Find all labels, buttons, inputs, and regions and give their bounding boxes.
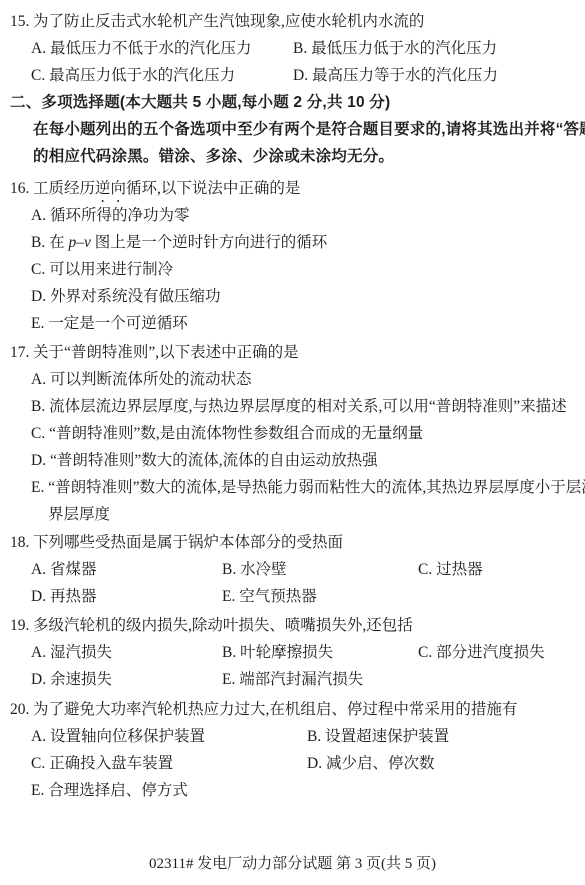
section-2-instruction-line-1: 在每小题列出的五个备选项中至少有两个是符合题目要求的,请将其选出并将“答题纸”	[0, 116, 585, 143]
option-16-b-post: 图上是一个逆时针方向进行的循环	[91, 234, 327, 251]
question-16-number: 16.	[10, 175, 33, 202]
question-18-number: 18.	[10, 529, 33, 556]
question-18-stem-line: 18.下列哪些受热面是属于锅炉本体部分的受热面	[0, 529, 585, 556]
option-20-a: A. 设置轴向位移保护装置	[31, 723, 307, 750]
question-19-options-row-1: A. 湿汽损失 B. 叶轮摩擦损失 C. 部分进汽度损失	[0, 639, 585, 666]
option-19-d: D. 余速损失	[31, 666, 222, 693]
option-16-b-pre: B. 在	[31, 234, 68, 251]
section-2-instruction-line-2: 的相应代码涂黑。错涂、多涂、少涂或未涂均无分。	[0, 143, 585, 170]
question-19-stem: 多级汽轮机的级内损失,除动叶损失、喷嘴损失外,还包括	[33, 617, 413, 634]
question-20-options-row-2: C. 正确投入盘车装置 D. 减少启、停次数	[0, 750, 585, 777]
option-17-e-continuation: 界层厚度	[0, 501, 585, 528]
question-16-stem-post: 循环,以下说法中正确的是	[126, 180, 300, 197]
question-16-stem-pre: 工质经历	[33, 180, 95, 197]
option-16-e: E. 一定是一个可逆循环	[0, 310, 585, 337]
question-16-stem-line: 16.工质经历逆向循环,以下说法中正确的是	[0, 175, 585, 202]
option-19-c: C. 部分进汽度损失	[418, 639, 545, 666]
question-19-options-row-2: D. 余速损失 E. 端部汽封漏汽损失	[0, 666, 585, 693]
option-16-d: D. 外界对系统没有做压缩功	[0, 283, 585, 310]
option-20-d: D. 减少启、停次数	[307, 750, 434, 777]
question-18-options-row-2: D. 再热器 E. 空气预热器	[0, 583, 585, 610]
option-16-b: B. 在 p–v 图上是一个逆时针方向进行的循环	[0, 229, 585, 256]
question-15-stem: 为了防止反击式水轮机产生汽蚀现象,应使水轮机内水流的	[33, 13, 424, 30]
option-19-b: B. 叶轮摩擦损失	[222, 639, 418, 666]
option-18-a: A. 省煤器	[31, 556, 222, 583]
option-17-b: B. 流体层流边界层厚度,与热边界层厚度的相对关系,可以用“普朗特准则”来描述	[0, 393, 585, 420]
option-18-c: C. 过热器	[418, 556, 483, 583]
option-19-e: E. 端部汽封漏汽损失	[222, 666, 418, 693]
page-footer: 02311# 发电厂动力部分试题 第 3 页(共 5 页)	[0, 851, 585, 878]
option-20-b: B. 设置超速保护装置	[307, 723, 449, 750]
option-18-b: B. 水冷壁	[222, 556, 418, 583]
option-18-e: E. 空气预热器	[222, 583, 418, 610]
question-15-stem-line: 15.为了防止反击式水轮机产生汽蚀现象,应使水轮机内水流的	[0, 8, 585, 35]
option-17-a: A. 可以判断流体所处的流动状态	[0, 366, 585, 393]
option-15-c: C. 最高压力低于水的汽化压力	[31, 62, 293, 89]
option-18-d: D. 再热器	[31, 583, 222, 610]
section-2-title: 二、多项选择题(本大题共 5 小题,每小题 2 分,共 10 分)	[0, 89, 585, 116]
option-17-d: D. “普朗特准则”数大的流体,流体的自由运动放热强	[0, 447, 585, 474]
question-20-stem-line: 20.为了避免大功率汽轮机热应力过大,在机组启、停过程中常采用的措施有	[0, 696, 585, 723]
question-17-number: 17.	[10, 339, 33, 366]
question-17-stem: 关于“普朗特准则”,以下表述中正确的是	[33, 344, 299, 361]
question-20-options-row-3: E. 合理选择启、停方式	[0, 777, 585, 804]
option-15-d: D. 最高压力等于水的汽化压力	[293, 62, 498, 89]
question-19-number: 19.	[10, 612, 33, 639]
question-19-stem-line: 19.多级汽轮机的级内损失,除动叶损失、喷嘴损失外,还包括	[0, 612, 585, 639]
question-17-stem-line: 17.关于“普朗特准则”,以下表述中正确的是	[0, 339, 585, 366]
option-17-e: E. “普朗特准则”数大的流体,是导热能力弱而粘性大的流体,其热边界层厚度小于层…	[0, 474, 585, 501]
option-17-c: C. “普朗特准则”数,是由流体物性参数组合而成的无量纲量	[0, 420, 585, 447]
exam-page: 15.为了防止反击式水轮机产生汽蚀现象,应使水轮机内水流的 A. 最低压力不低于…	[0, 0, 585, 885]
question-15-options-row-2: C. 最高压力低于水的汽化压力 D. 最高压力等于水的汽化压力	[0, 62, 585, 89]
question-18-options-row-1: A. 省煤器 B. 水冷壁 C. 过热器	[0, 556, 585, 583]
option-15-a: A. 最低压力不低于水的汽化压力	[31, 35, 293, 62]
option-15-b: B. 最低压力低于水的汽化压力	[293, 35, 497, 62]
question-20-options-row-1: A. 设置轴向位移保护装置 B. 设置超速保护装置	[0, 723, 585, 750]
pv-diagram-symbol: p–v	[68, 234, 90, 251]
question-15-options-row-1: A. 最低压力不低于水的汽化压力 B. 最低压力低于水的汽化压力	[0, 35, 585, 62]
option-16-c: C. 可以用来进行制冷	[0, 256, 585, 283]
option-20-e: E. 合理选择启、停方式	[31, 777, 188, 804]
question-18-stem: 下列哪些受热面是属于锅炉本体部分的受热面	[33, 534, 343, 551]
question-20-number: 20.	[10, 696, 33, 723]
question-15-number: 15.	[10, 8, 33, 35]
question-20-stem: 为了避免大功率汽轮机热应力过大,在机组启、停过程中常采用的措施有	[33, 701, 517, 718]
question-16-stem-emphasis: 逆向	[95, 180, 126, 197]
option-16-a: A. 循环所得的净功为零	[0, 202, 585, 229]
option-20-c: C. 正确投入盘车装置	[31, 750, 307, 777]
option-19-a: A. 湿汽损失	[31, 639, 222, 666]
